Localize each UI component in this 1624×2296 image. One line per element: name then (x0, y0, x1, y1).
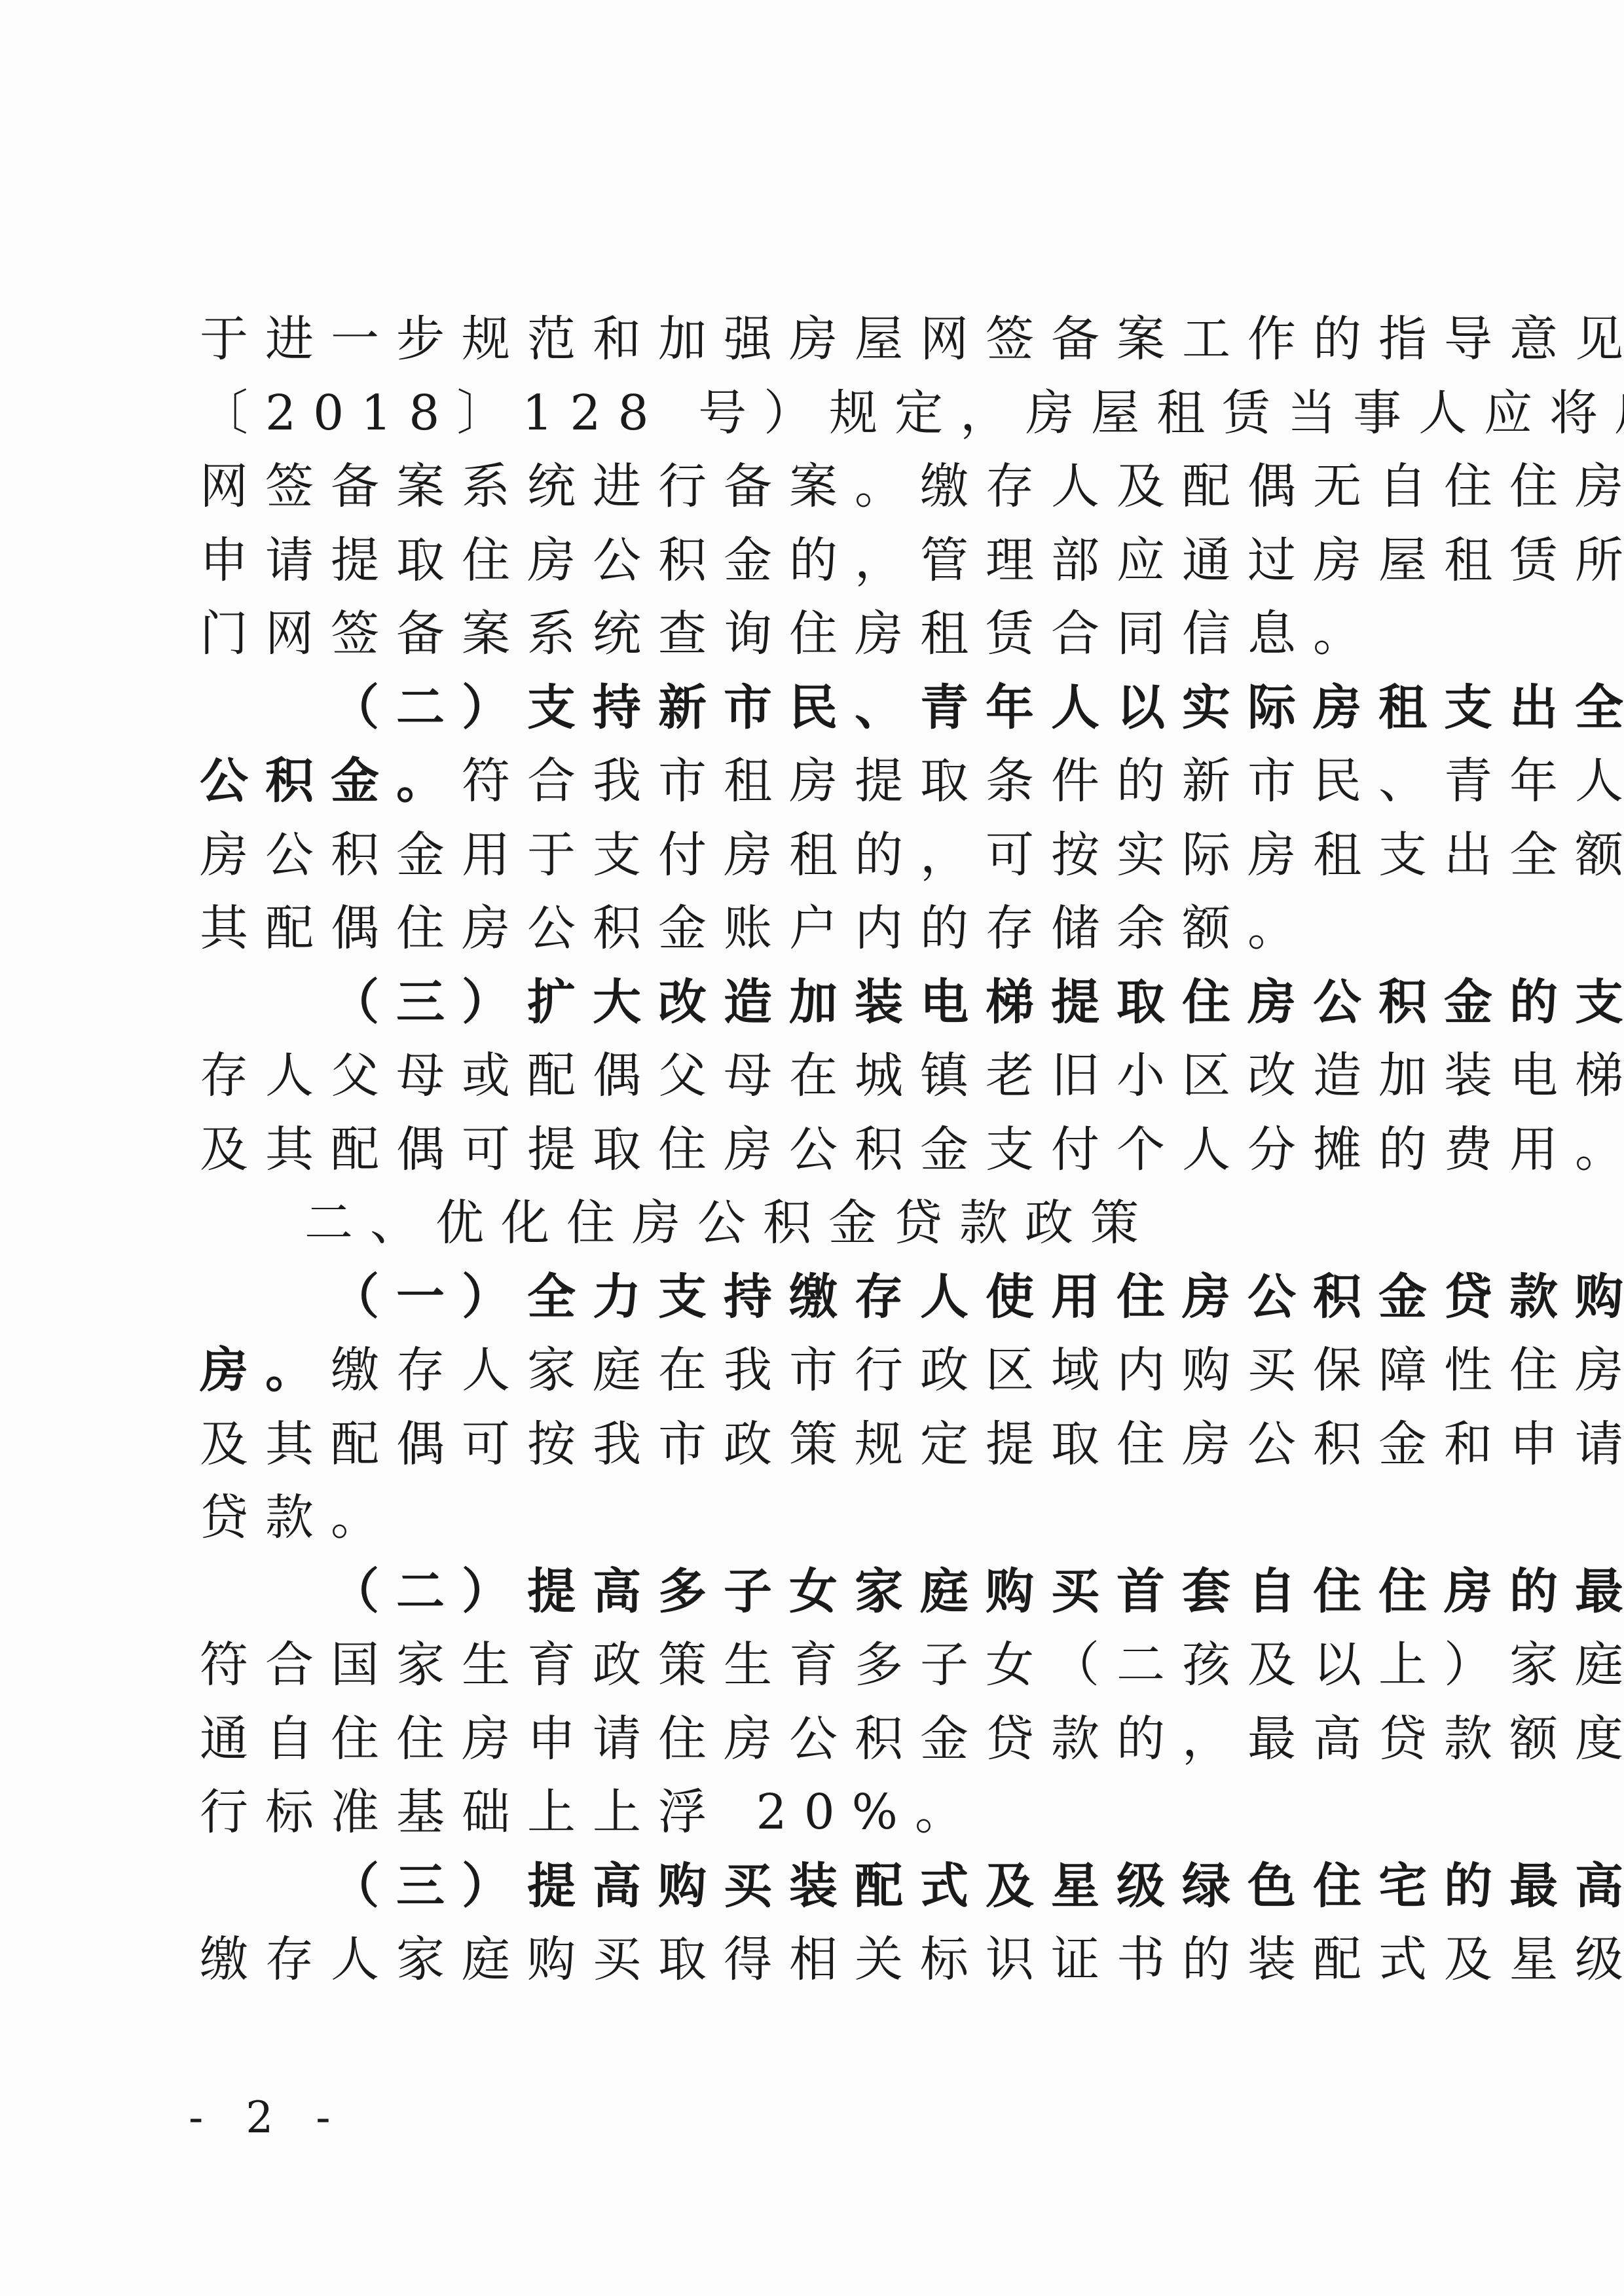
text-line: 其配偶住房公积金账户内的存储余额。 (200, 892, 1392, 966)
item-elevator-retrofit: （三）扩大改造加装电梯提取住房公积金的支持范围。缴 存人父母或配偶父母在城镇老旧… (200, 966, 1392, 1187)
text-line: 行标准基础上上浮 20%。 (200, 1776, 1392, 1850)
text-line: 公积金。符合我市租房提取条件的新市民、青年人申请提取住 (200, 744, 1392, 818)
item-heading: （三）扩大改造加装电梯提取住房公积金的支持范围。 (331, 974, 1624, 1030)
item-body: 缴存人家庭在我市行政区域内购买保障性住房的，缴存人 (331, 1342, 1624, 1398)
paragraph-lease-filing: 于进一步规范和加强房屋网签备案工作的指导意见》（建房 〔2018〕128 号）规… (200, 302, 1392, 671)
text-line: 门网签备案系统查询住房租赁合同信息。 (200, 597, 1392, 671)
item-heading: （二）提高多子女家庭购买首套自住住房的最高贷款额度。 (331, 1563, 1624, 1620)
item-affordable-housing: （一）全力支持缴存人使用住房公积金贷款购买保障性住 房。缴存人家庭在我市行政区域… (200, 1260, 1392, 1555)
text-line: （二）提高多子女家庭购买首套自住住房的最高贷款额度。 (200, 1555, 1392, 1629)
item-heading: （二）支持新市民、青年人以实际房租支出全额提取住房 (331, 680, 1624, 736)
item-multi-child-loan: （二）提高多子女家庭购买首套自住住房的最高贷款额度。 符合国家生育政策生育多子女… (200, 1555, 1392, 1850)
text-line: （三）提高购买装配式及星级绿色住宅的最高贷款额度。 (200, 1850, 1392, 1923)
text-line: 及其配偶可按我市政策规定提取住房公积金和申请住房公积金 (200, 1408, 1392, 1482)
text-line: 房。缴存人家庭在我市行政区域内购买保障性住房的，缴存人 (200, 1334, 1392, 1408)
document-page: 于进一步规范和加强房屋网签备案工作的指导意见》（建房 〔2018〕128 号）规… (0, 0, 1624, 2296)
section-title: 二、优化住房公积金贷款政策 (200, 1186, 1392, 1260)
text-line: 通自住住房申请住房公积金贷款的，最高贷款额度可在我市现 (200, 1702, 1392, 1776)
item-rent-withdrawal: （二）支持新市民、青年人以实际房租支出全额提取住房 公积金。符合我市租房提取条件… (200, 671, 1392, 966)
text-line: 〔2018〕128 号）规定，房屋租赁当事人应将房屋租赁合同通过 (200, 376, 1392, 450)
text-line: 于进一步规范和加强房屋网签备案工作的指导意见》（建房 (200, 302, 1392, 376)
text-line: （二）支持新市民、青年人以实际房租支出全额提取住房 (200, 671, 1392, 745)
item-heading: 公积金。 (200, 753, 462, 809)
item-green-housing-loan: （三）提高购买装配式及星级绿色住宅的最高贷款额度。 缴存人家庭购买取得相关标识证… (200, 1850, 1392, 1997)
text-line: （三）扩大改造加装电梯提取住房公积金的支持范围。缴 (200, 966, 1392, 1040)
section-heading-loan-policy: 二、优化住房公积金贷款政策 (200, 1186, 1392, 1260)
text-line: 存人父母或配偶父母在城镇老旧小区改造加装电梯的，缴存人 (200, 1039, 1392, 1113)
item-body: 符合我市租房提取条件的新市民、青年人申请提取住 (462, 753, 1624, 809)
text-line: 符合国家生育政策生育多子女（二孩及以上）家庭购买首套普 (200, 1628, 1392, 1702)
item-heading: （一）全力支持缴存人使用住房公积金贷款购买保障性住 (331, 1269, 1624, 1325)
text-line: 及其配偶可提取住房公积金支付个人分摊的费用。 (200, 1113, 1392, 1187)
text-line: 网签备案系统进行备案。缴存人及配偶无自住住房且租赁住房 (200, 450, 1392, 524)
text-line: 贷款。 (200, 1481, 1392, 1555)
document-body: 于进一步规范和加强房屋网签备案工作的指导意见》（建房 〔2018〕128 号）规… (200, 302, 1392, 1997)
text-line: 缴存人家庭购买取得相关标识证书的装配式及星级绿色住宅申 (200, 1923, 1392, 1997)
item-heading: （三）提高购买装配式及星级绿色住宅的最高贷款额度。 (331, 1858, 1624, 1914)
page-number: - 2 - (189, 2092, 345, 2143)
text-line: 房公积金用于支付房租的，可按实际房租支出全额提取本人及 (200, 818, 1392, 892)
item-heading: 房。 (200, 1342, 331, 1398)
text-line: （一）全力支持缴存人使用住房公积金贷款购买保障性住 (200, 1260, 1392, 1334)
text-line: 申请提取住房公积金的，管理部应通过房屋租赁所在地住建部 (200, 524, 1392, 598)
